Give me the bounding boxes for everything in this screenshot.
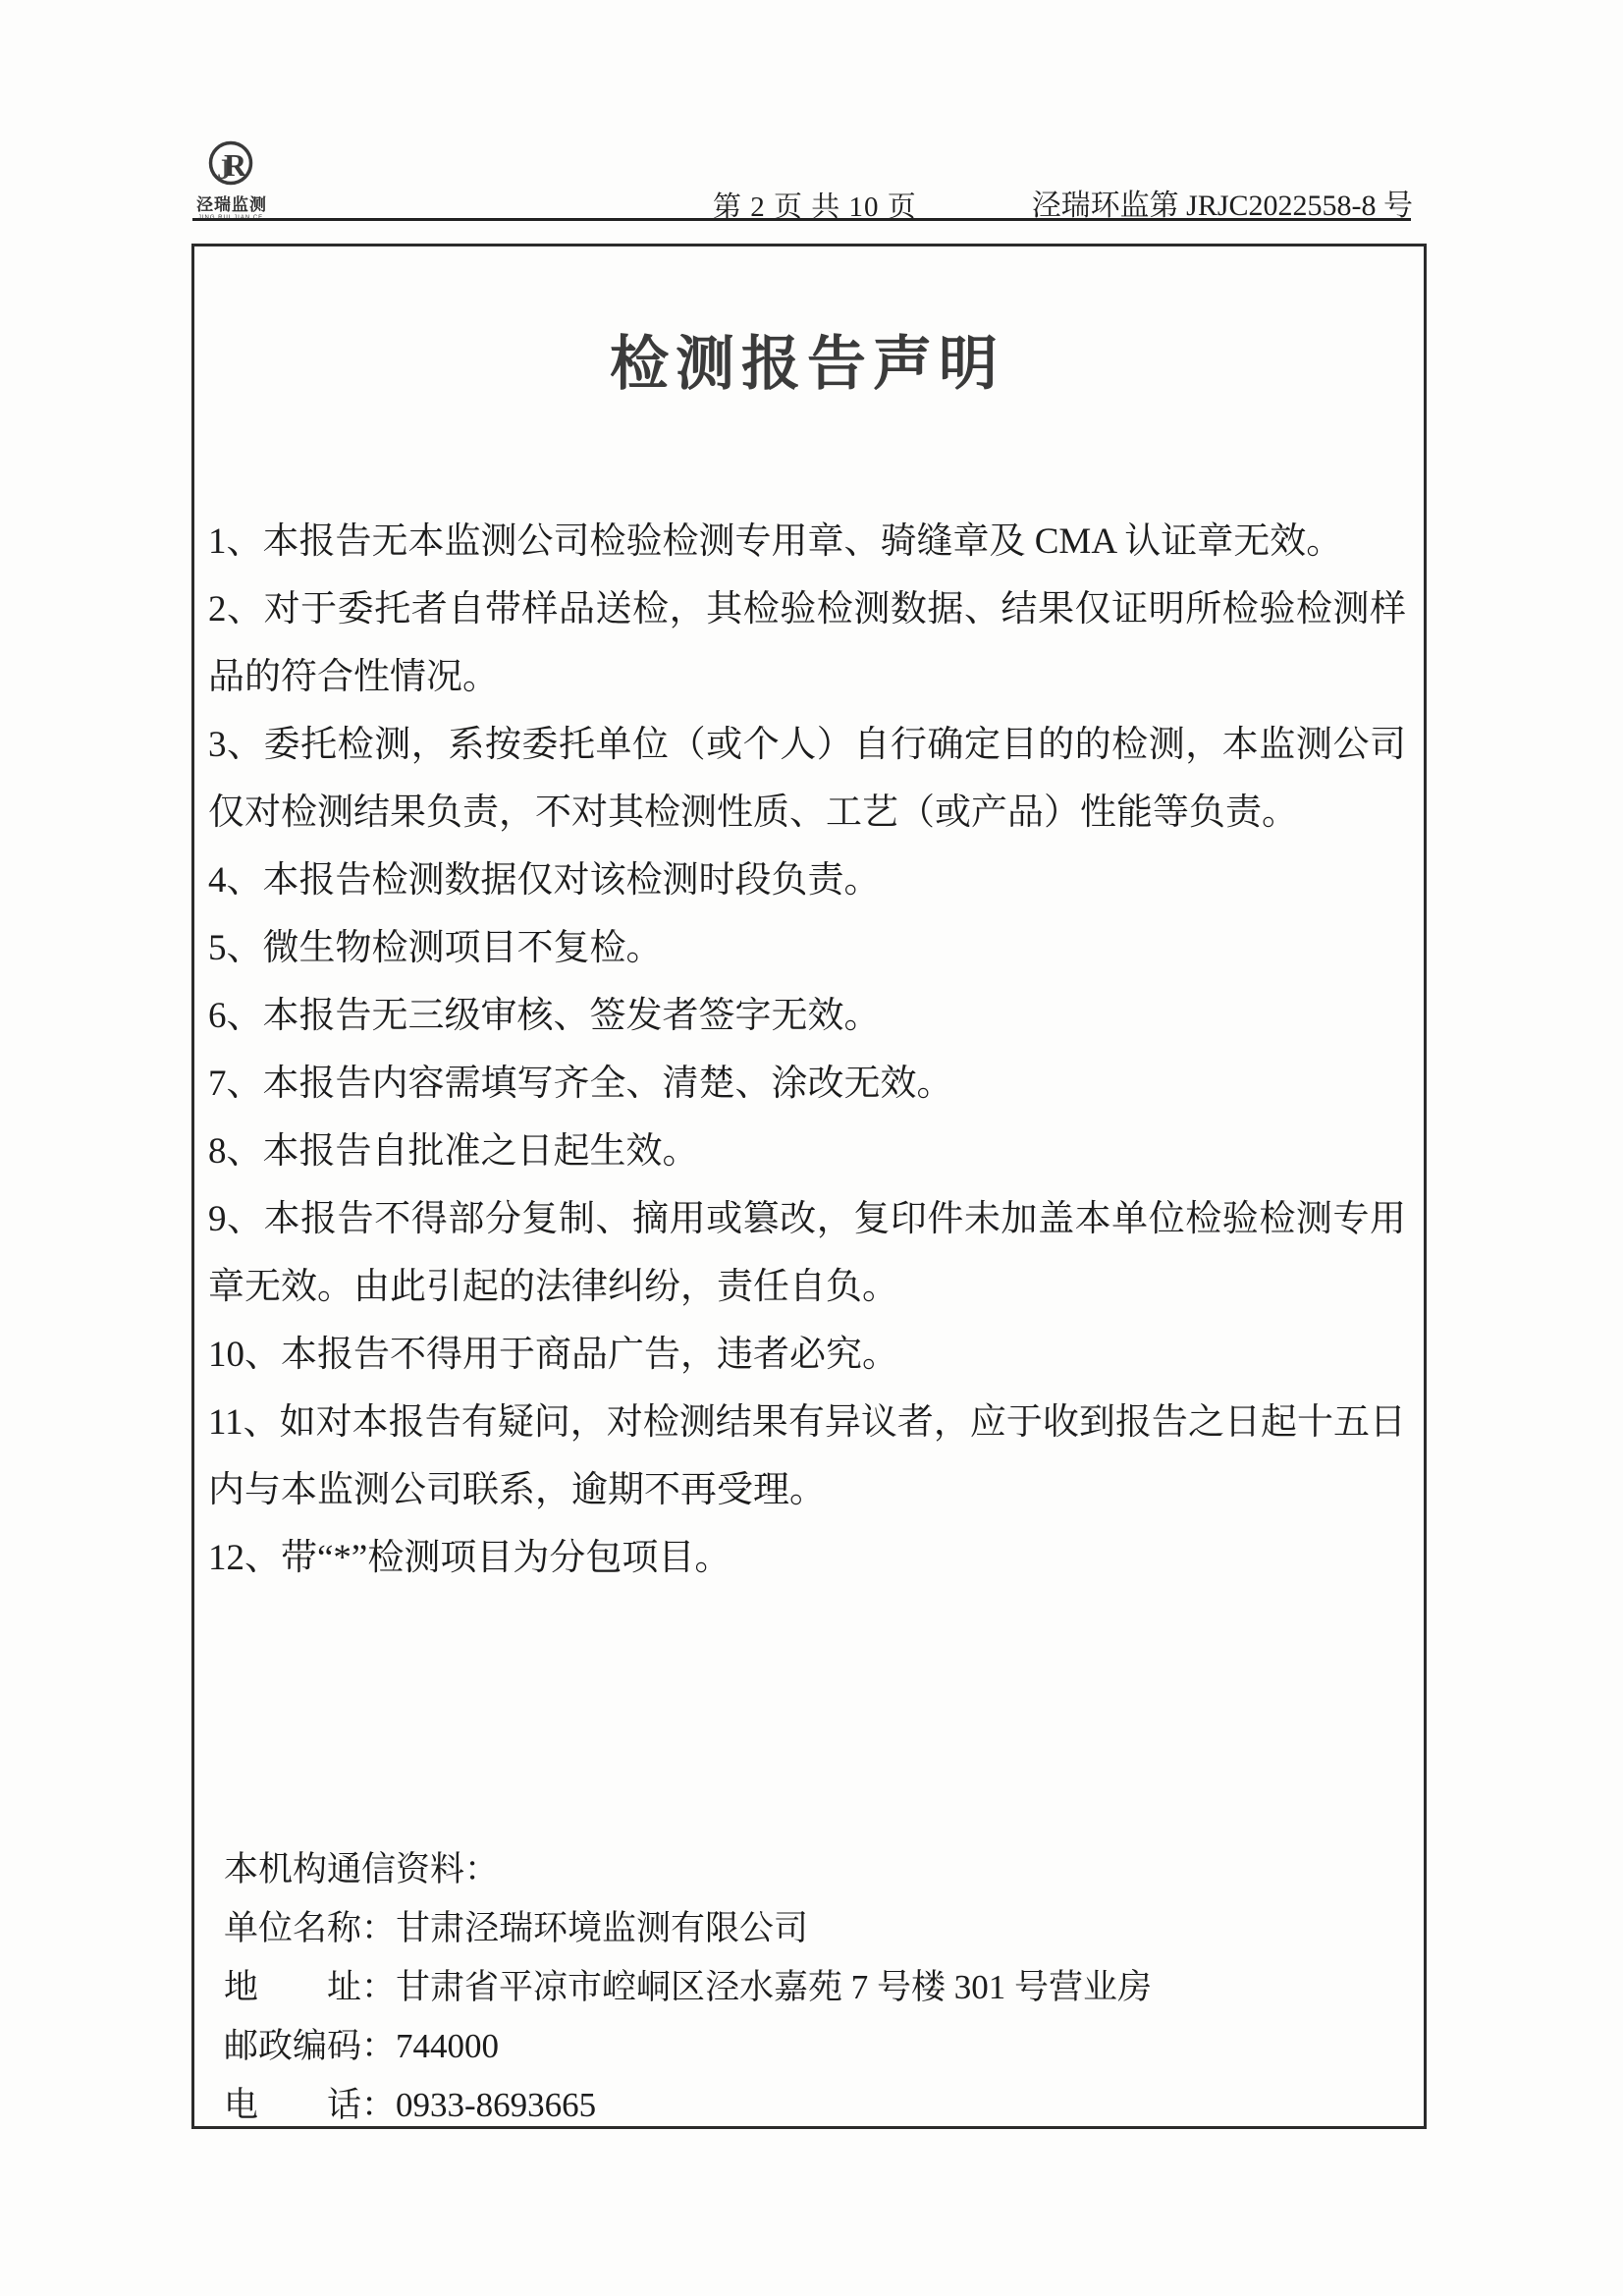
contact-phone-label: 电 话： [224, 2086, 396, 2124]
contact-address-row: 地 址：甘肃省平凉市崆峒区泾水嘉苑 7 号楼 301 号营业房 [224, 1958, 1406, 2017]
declaration-item-4: 4、本报告检测数据仅对该检测时段负责。 [208, 847, 1406, 914]
declaration-item-12: 12、带“*”检测项目为分包项目。 [208, 1524, 1406, 1592]
declaration-item-2: 2、对于委托者自带样品送检，其检验检测数据、结果仅证明所检验检测样品的符合性情况… [208, 575, 1406, 711]
contact-postcode-value: 744000 [396, 2027, 499, 2065]
contact-address-value: 甘肃省平凉市崆峒区泾水嘉苑 7 号楼 301 号营业房 [396, 1968, 1152, 2006]
contact-postcode-row: 邮政编码：744000 [224, 2017, 1406, 2076]
document-page: J R 泾瑞监测 JING RUI JIAN CE 第 2 页 共 10 页 泾… [0, 0, 1623, 2296]
contact-company-row: 单位名称：甘肃泾瑞环境监测有限公司 [224, 1899, 1406, 1958]
declaration-item-8: 8、本报告自批准之日起生效。 [208, 1118, 1406, 1185]
contact-heading: 本机构通信资料： [224, 1840, 1406, 1899]
contact-info-block: 本机构通信资料： 单位名称：甘肃泾瑞环境监测有限公司 地 址：甘肃省平凉市崆峒区… [224, 1840, 1406, 2129]
contact-company-value: 甘肃泾瑞环境监测有限公司 [396, 1909, 808, 1947]
company-logo: J R 泾瑞监测 JING RUI JIAN CE [196, 136, 265, 221]
declaration-item-3: 3、委托检测，系按委托单位（或个人）自行确定目的的检测，本监测公司仅对检测结果负… [208, 711, 1406, 847]
header-divider [192, 218, 1411, 221]
logo-jr-monogram-icon: J R [203, 136, 258, 192]
logo-letter-r: R [224, 147, 247, 183]
contact-phone-row: 电 话：0933-8693665 [224, 2076, 1406, 2129]
declaration-items: 1、本报告无本监测公司检验检测专用章、骑缝章及 CMA 认证章无效。 2、对于委… [208, 508, 1406, 1592]
contact-company-label: 单位名称： [224, 1909, 396, 1947]
contact-phone-value: 0933-8693665 [396, 2086, 596, 2124]
declaration-item-10: 10、本报告不得用于商品广告，违者必究。 [208, 1321, 1406, 1389]
contact-address-label: 地 址： [224, 1968, 396, 2006]
declaration-item-5: 5、微生物检测项目不复检。 [208, 914, 1406, 982]
page-title: 检测报告声明 [208, 325, 1406, 404]
declaration-item-7: 7、本报告内容需填写齐全、清楚、涂改无效。 [208, 1050, 1406, 1118]
logo-company-name: 泾瑞监测 [196, 191, 265, 215]
declaration-item-1: 1、本报告无本监测公司检验检测专用章、骑缝章及 CMA 认证章无效。 [208, 508, 1406, 575]
declaration-item-6: 6、本报告无三级审核、签发者签字无效。 [208, 982, 1406, 1050]
declaration-box: 检测报告声明 1、本报告无本监测公司检验检测专用章、骑缝章及 CMA 认证章无效… [191, 244, 1427, 2129]
declaration-item-9: 9、本报告不得部分复制、摘用或篡改，复印件未加盖本单位检验检测专用章无效。由此引… [208, 1185, 1406, 1321]
declaration-item-11: 11、如对本报告有疑问，对检测结果有异议者，应于收到报告之日起十五日内与本监测公… [208, 1389, 1406, 1524]
contact-postcode-label: 邮政编码： [224, 2027, 396, 2065]
